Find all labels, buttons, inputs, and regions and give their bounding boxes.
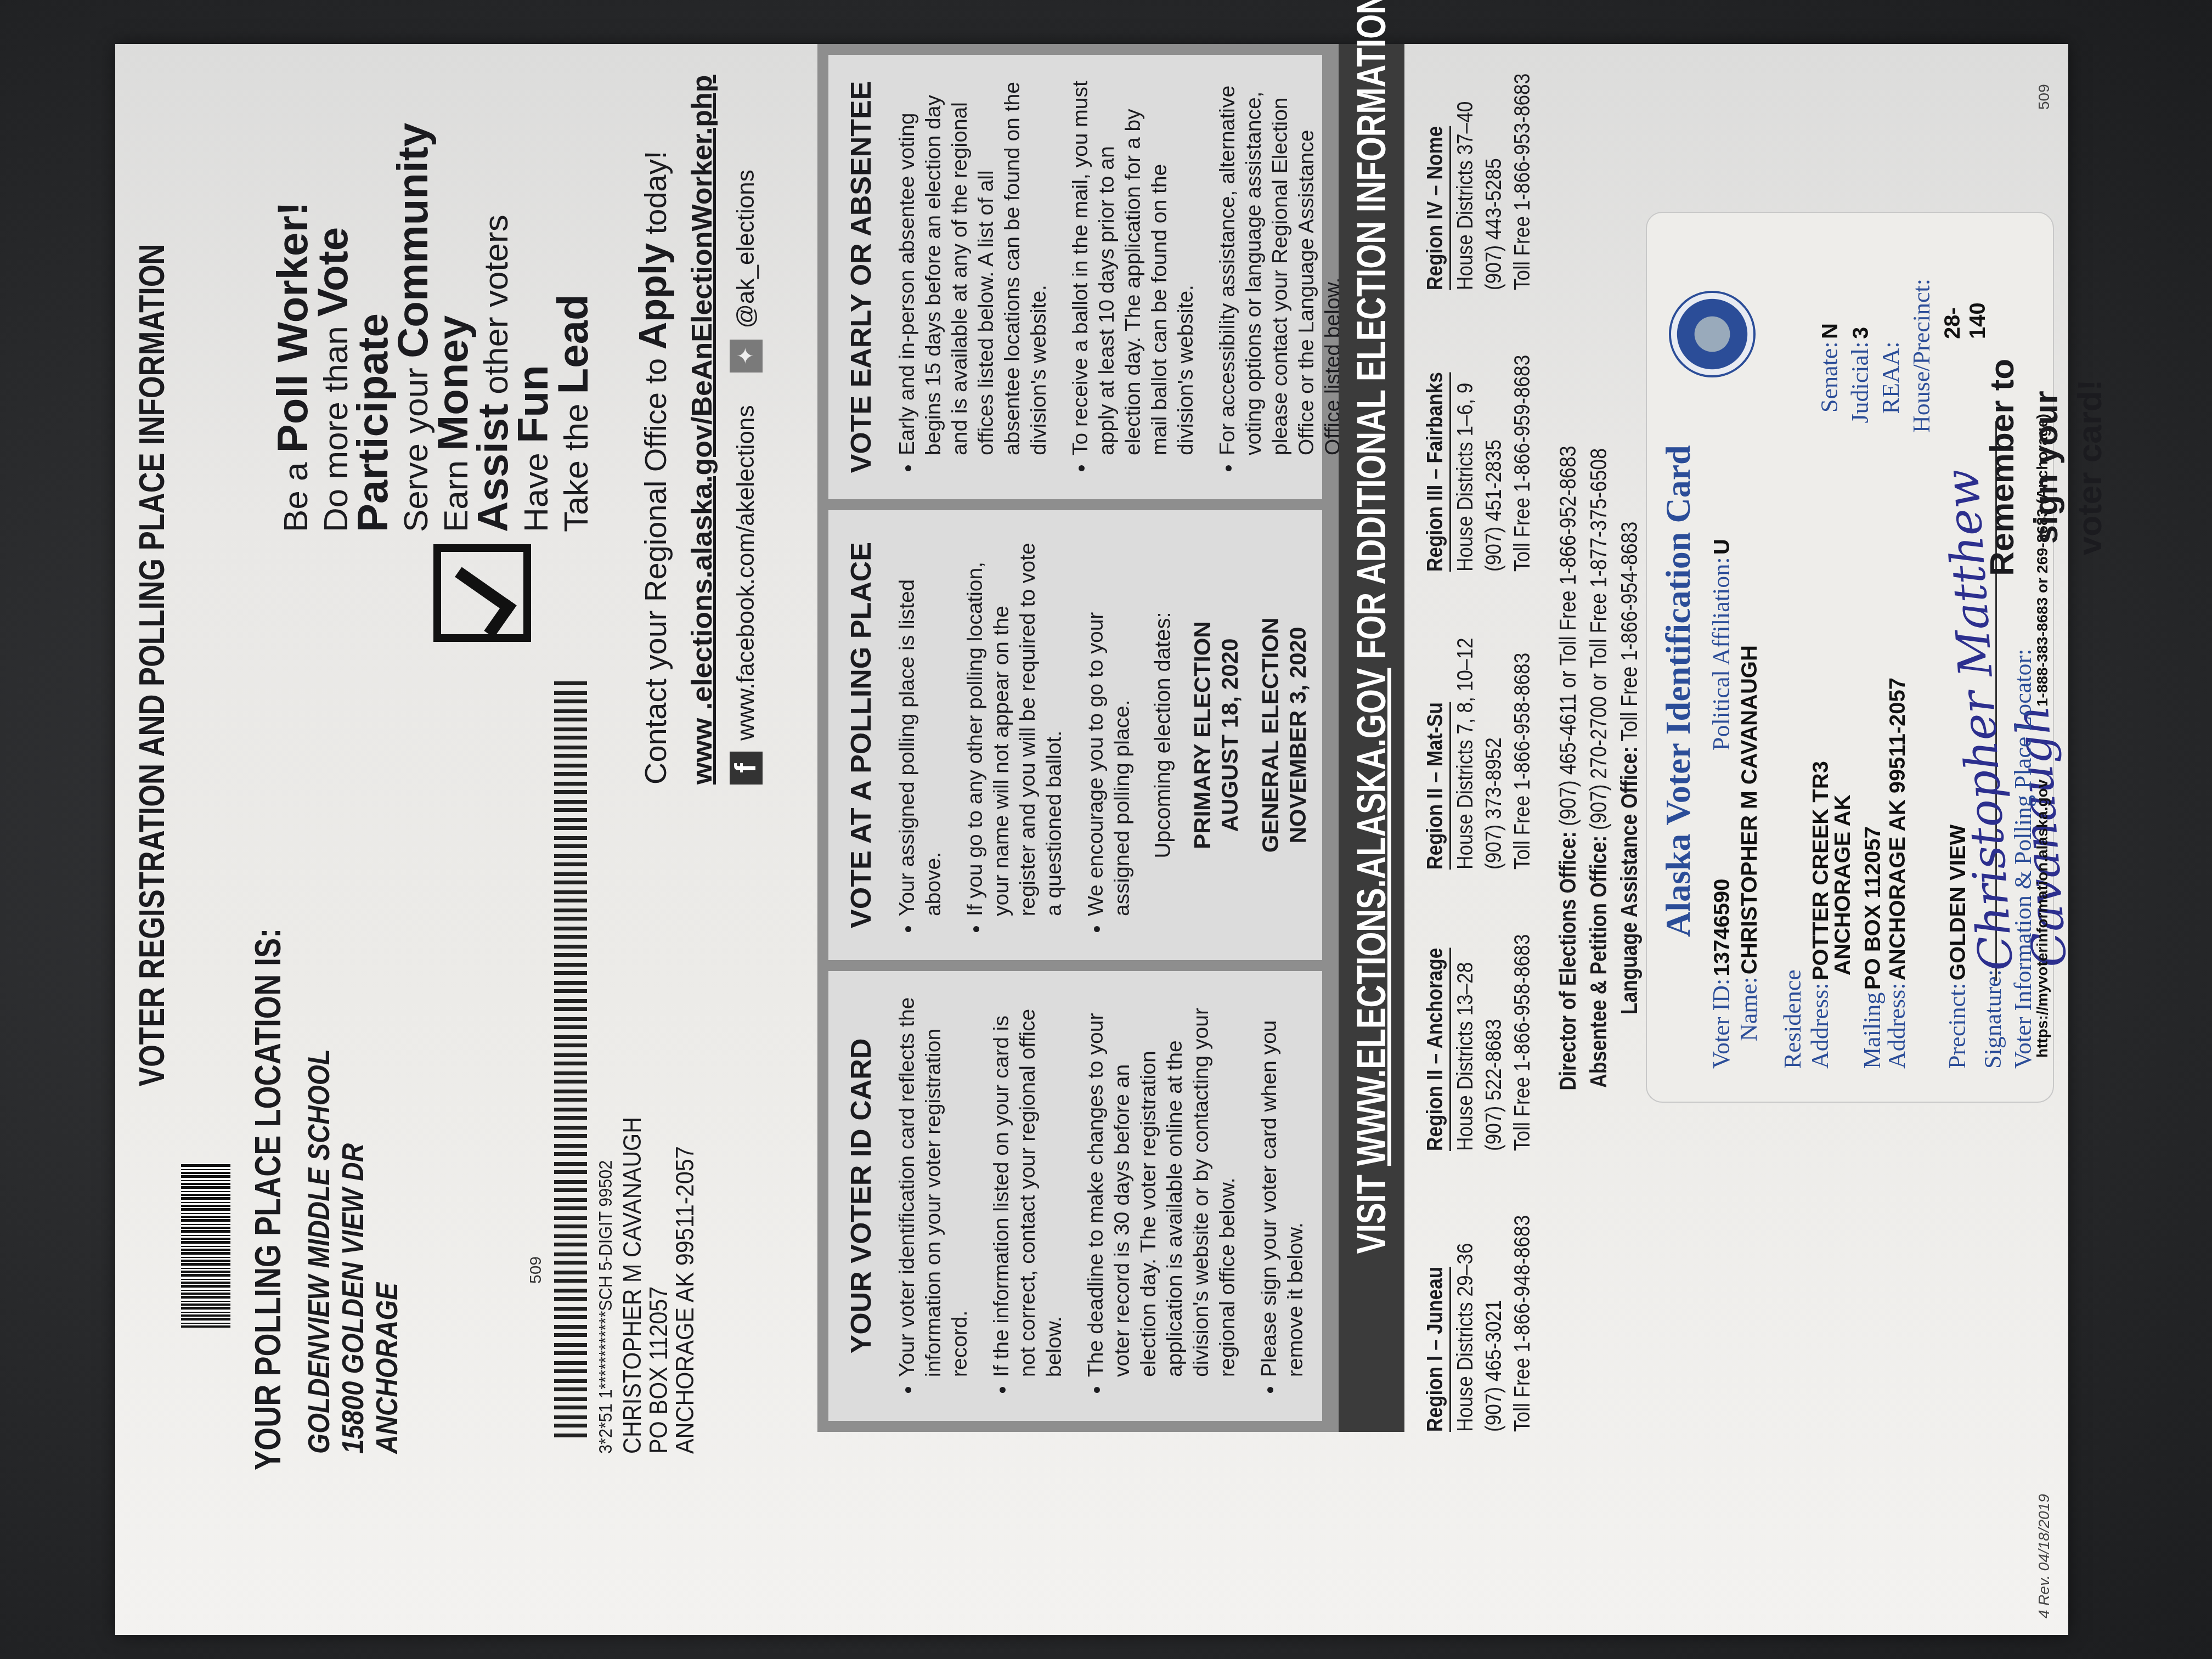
- statewide-offices: Director of Elections Office: (907) 465-…: [1553, 395, 1645, 1141]
- office-contact: Absentee & Petition Office: (907) 270-27…: [1583, 395, 1614, 1141]
- polling-place-city: ANCHORAGE: [370, 1049, 404, 1454]
- region-districts: House Districts 1–6, 9: [1451, 354, 1480, 571]
- region-districts: House Districts 29–36: [1451, 1215, 1480, 1432]
- region-toll-free: Toll Free 1-866-959-8683: [1508, 354, 1537, 571]
- mail-code: 509: [527, 1256, 545, 1284]
- election-worker-link[interactable]: www .elections.alaska.gov/BeAnElectionWo…: [686, 75, 719, 785]
- region-office: Region II – Mat-Su House Districts 7, 8,…: [1421, 638, 1537, 870]
- promo-line: Take the Lead: [555, 123, 595, 532]
- promo-line: Assist other voters: [475, 123, 515, 532]
- voter-name: CHRISTOPHER M CAVANAUGH: [1737, 645, 1762, 974]
- promo-line: Be a Poll Worker!: [274, 123, 314, 532]
- region-toll-free: Toll Free 1-866-953-8683: [1508, 74, 1537, 290]
- panel-bullets: Your voter identification card reflects …: [894, 993, 1309, 1399]
- judicial-district: 3: [1848, 279, 1874, 339]
- document-title: VOTER REGISTRATION AND POLLING PLACE INF…: [132, 244, 172, 1086]
- senate-district: N: [1818, 279, 1843, 339]
- office-contact: Language Assistance Office: Toll Free 1-…: [1614, 395, 1645, 1141]
- locator-url[interactable]: https://myvoterinformation.alaska.gov: [2034, 780, 2051, 1058]
- region-name: Region II – Mat-Su: [1421, 702, 1451, 870]
- polling-place-name: GOLDENVIEW MIDDLE SCHOOL: [302, 1049, 336, 1454]
- signature-label: Signature:: [1979, 969, 2007, 1069]
- polling-place-street: 15800 GOLDEN VIEW DR: [336, 1049, 370, 1454]
- region-office: Region II – Anchorage House Districts 13…: [1421, 934, 1537, 1150]
- primary-election: PRIMARY ELECTION AUGUST 18, 2020: [1189, 532, 1244, 938]
- mail-sort-line: 3*2*51 1************SCH 5-DIGIT 99502: [592, 1117, 619, 1454]
- region-phone: (907) 451-2835: [1480, 354, 1508, 571]
- bullet-item: If the information listed on your card i…: [989, 993, 1068, 1377]
- elections-website-banner: VISIT WWW.ELECTIONS.ALASKA.GOV FOR ADDIT…: [1339, 44, 1404, 1432]
- twitter-icon: ✦: [730, 340, 763, 373]
- panel-heading: VOTE AT A POLLING PLACE: [845, 532, 878, 938]
- polling-place-heading: YOUR POLLING PLACE LOCATION IS:: [247, 928, 289, 1470]
- region-districts: House Districts 13–28: [1451, 934, 1480, 1150]
- panel-heading: YOUR VOTER ID CARD: [845, 993, 878, 1399]
- state-seal-of-alaska-icon: [1669, 291, 1756, 377]
- panel-bullets: Your assigned polling place is listed ab…: [894, 532, 1136, 938]
- region-toll-free: Toll Free 1-866-958-8683: [1508, 638, 1537, 870]
- voter-id-row: Voter ID: 13746590: [1707, 878, 1735, 1069]
- elections-website-link[interactable]: WWW.ELECTIONS.ALASKA.GOV: [1348, 668, 1394, 1166]
- office-contact: Director of Elections Office: (907) 465-…: [1553, 395, 1583, 1141]
- addressee-city: ANCHORAGE AK 99511-2057: [672, 1117, 698, 1454]
- region-phone: (907) 443-5285: [1480, 74, 1508, 290]
- upcoming-elections-label: Upcoming election dates:: [1151, 532, 1176, 938]
- signature: Christopher Matthew Cavanaugh: [1917, 210, 2077, 973]
- barcode: [181, 1163, 230, 1328]
- voter-info-box: YOUR VOTER ID CARD Your voter identifica…: [817, 44, 1339, 1432]
- region-districts: House Districts 37–40: [1451, 74, 1480, 290]
- addressee-po-box: PO BOX 112057: [645, 1117, 672, 1454]
- region-office: Region I – Juneau House Districts 29–36 …: [1421, 1215, 1537, 1432]
- bullet-item: Your voter identification card reflects …: [894, 993, 973, 1377]
- region-name: Region II – Anchorage: [1421, 947, 1451, 1150]
- panel-vote-at-polling-place: VOTE AT A POLLING PLACE Your assigned po…: [828, 510, 1322, 960]
- bullet-item: Please sign your voter card when you rem…: [1256, 993, 1309, 1377]
- region-office: Region IV – Nome House Districts 37–40 (…: [1421, 74, 1537, 290]
- bullet-item: To receive a ballot in the mail, you mus…: [1068, 77, 1199, 455]
- region-name: Region I – Juneau: [1421, 1267, 1451, 1432]
- apply-call-to-action: Contact your Regional Office to Apply to…: [631, 151, 675, 785]
- bullet-item: We encourage you to go to your assigned …: [1083, 532, 1136, 916]
- mailing-address-block: 3*2*51 1************SCH 5-DIGIT 99502 CH…: [592, 1117, 698, 1454]
- region-phone: (907) 373-8952: [1480, 638, 1508, 870]
- voter-registration-mailer: VOTER REGISTRATION AND POLLING PLACE INF…: [115, 44, 2068, 1635]
- affiliation-row: Political Affiliation: U: [1707, 539, 1735, 751]
- bullet-item: Your assigned polling place is listed ab…: [894, 532, 947, 916]
- facebook-link[interactable]: www.facebook.com/akelections: [732, 405, 760, 741]
- region-phone: (907) 522-8683: [1480, 934, 1508, 1150]
- social-links: f www.facebook.com/akelections ✦ @ak_ele…: [730, 170, 763, 785]
- region-toll-free: Toll Free 1-866-948-8683: [1508, 1215, 1537, 1432]
- poll-worker-promo: Be a Poll Worker!Do more than VotePartic…: [274, 123, 595, 532]
- card-title: Alaska Voter Identification Card: [1658, 445, 1699, 937]
- panel-heading: VOTE EARLY OR ABSENTEE: [845, 77, 878, 477]
- region-office: Region III – Fairbanks House Districts 1…: [1421, 354, 1537, 571]
- regional-offices: Region I – Juneau House Districts 29–36 …: [1421, 44, 1537, 1432]
- mailing-address-row: Mailing PO BOX 112057: [1858, 826, 1886, 1069]
- voter-identification-card: Alaska Voter Identification Card Voter I…: [1646, 212, 2054, 1103]
- bullet-item: The deadline to make changes to your vot…: [1083, 993, 1241, 1377]
- bullet-item: If you go to any other polling location,…: [962, 532, 1068, 916]
- residence-label: Residence: [1779, 969, 1807, 1069]
- bullet-item: Early and in-person absentee voting begi…: [894, 77, 1052, 455]
- sign-card-reminder: Remember to sign your voter card!: [1980, 359, 2112, 576]
- panel-voter-id-card: YOUR VOTER ID CARD Your voter identifica…: [828, 971, 1322, 1421]
- region-name: Region III – Fairbanks: [1421, 372, 1451, 572]
- checked-ballot-box-icon: [433, 544, 531, 642]
- polling-place-location: GOLDENVIEW MIDDLE SCHOOL 15800 GOLDEN VI…: [302, 1049, 404, 1454]
- locator-label: Voter Information & Polling Place Locato…: [2009, 649, 2037, 1069]
- residence-address-row: Address: POTTER CREEK TR3: [1806, 761, 1834, 1069]
- panel-bullets: Early and in-person absentee voting begi…: [894, 77, 1346, 477]
- postal-barcode: [554, 680, 587, 1437]
- bullet-item: For accessibility assistance, alternativ…: [1215, 77, 1346, 455]
- region-phone: (907) 465-3021: [1480, 1215, 1508, 1432]
- addressee-name: CHRISTOPHER M CAVANAUGH: [619, 1117, 645, 1454]
- region-districts: House Districts 7, 8, 10–12: [1451, 638, 1480, 870]
- region-name: Region IV – Nome: [1421, 126, 1451, 290]
- facebook-icon: f: [730, 752, 763, 785]
- general-election: GENERAL ELECTION NOVEMBER 3, 2020: [1257, 532, 1312, 938]
- corner-code: 509: [2035, 84, 2053, 110]
- revision-date: 4 Rev. 04/18/2019: [2035, 1494, 2053, 1618]
- name-row: Name: CHRISTOPHER M CAVANAUGH: [1735, 645, 1763, 1041]
- political-affiliation: U: [1710, 539, 1734, 555]
- panel-vote-early-absentee: VOTE EARLY OR ABSENTEE Early and in-pers…: [828, 55, 1322, 499]
- voter-id: 13746590: [1710, 878, 1734, 976]
- twitter-handle[interactable]: @ak_elections: [732, 170, 760, 328]
- region-toll-free: Toll Free 1-866-958-8683: [1508, 934, 1537, 1150]
